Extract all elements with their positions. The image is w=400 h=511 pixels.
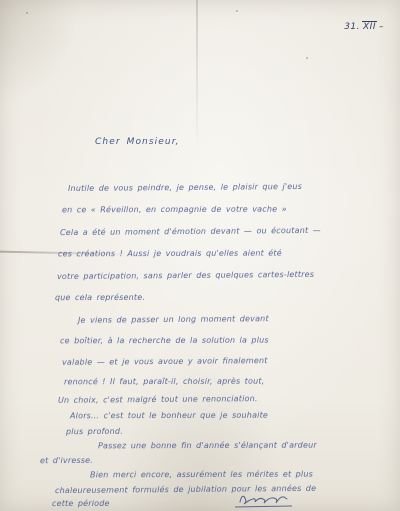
- fold-crease-vertical: [196, 0, 198, 150]
- handwritten-line: cette période: [52, 499, 110, 508]
- date-day: 31.: [344, 22, 360, 32]
- letter-date: 31.XII–: [344, 22, 384, 32]
- handwritten-line: votre participation, sans parler des que…: [57, 270, 314, 281]
- handwritten-line: Passez une bonne fin d'année s'élançant …: [98, 441, 317, 451]
- handwritten-line: en ce « Réveillon, en compagnie de votre…: [62, 205, 287, 215]
- handwritten-line: ces créations ! Aussi je voudrais qu'ell…: [58, 249, 282, 259]
- handwritten-line: Inutile de vous peindre, je pense, le pl…: [68, 182, 302, 193]
- handwritten-line: Alors… c'est tout le bonheur que je souh…: [70, 411, 268, 421]
- salutation: Cher Monsieur,: [95, 137, 180, 147]
- paper-speck: [236, 10, 238, 12]
- handwritten-line: Je viens de passer un long moment devant: [78, 314, 269, 325]
- handwritten-line: Bien merci encore, assurément les mérite…: [90, 470, 313, 480]
- handwritten-line: que cela représente.: [55, 293, 145, 302]
- letter-page: 31.XII– Cher Monsieur, Inutile de vous p…: [0, 0, 400, 511]
- handwritten-line: plus profond.: [66, 427, 123, 436]
- handwritten-line: et d'ivresse.: [40, 456, 93, 465]
- handwritten-line: Un choix, c'est malgré tout une renoncia…: [58, 394, 258, 405]
- paper-speck: [26, 12, 28, 14]
- handwritten-line: renoncé ! Il faut, paraît-il, choisir, a…: [64, 377, 264, 387]
- handwritten-line: valable — et je vous avoue y avoir final…: [62, 356, 268, 367]
- date-month-roman: XII: [362, 21, 377, 32]
- handwritten-line: ce boîtier, à la recherche de la solutio…: [60, 336, 269, 346]
- date-suffix: –: [379, 22, 384, 32]
- handwritten-line: Cela a été un moment d'émotion devant — …: [60, 226, 321, 237]
- paper-speck: [306, 57, 308, 59]
- signature: [234, 492, 296, 510]
